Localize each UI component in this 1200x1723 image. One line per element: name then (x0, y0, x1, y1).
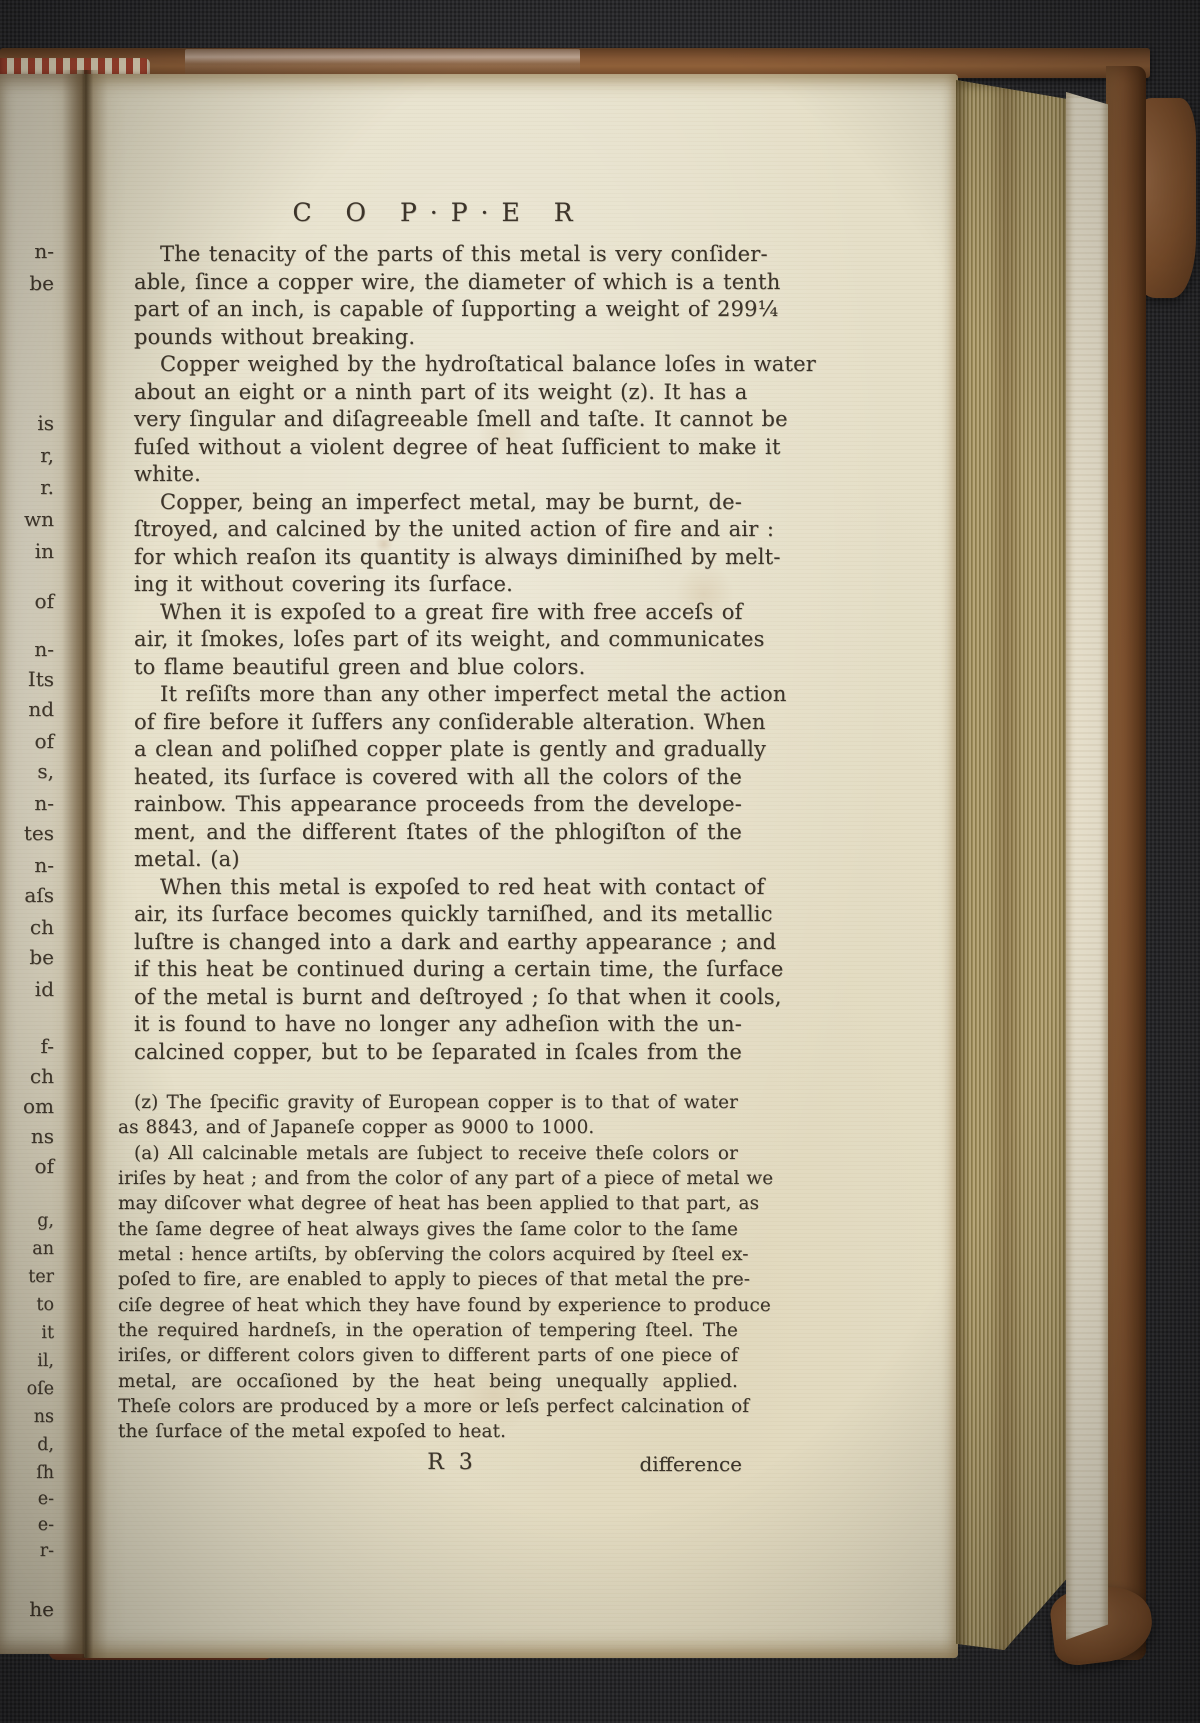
body-text-line: of fire before it ſuffers any conſiderab… (134, 709, 742, 737)
footnote-line: ciſe degree of heat which they have foun… (118, 1293, 738, 1318)
body-text-line: heated, its ſurface is covered with all … (134, 764, 742, 792)
body-text-line: The tenacity of the parts of this metal … (134, 241, 742, 269)
signature-mark: R 3 (392, 1450, 512, 1475)
body-text-line: part of an inch, is capable of ſupportin… (134, 296, 742, 324)
book-cover-right-edge (1106, 66, 1146, 1660)
body-text-line: When this metal is expoſed to red heat w… (134, 874, 742, 902)
footnote-line: iriſes by heat ; and from the color of a… (118, 1166, 738, 1191)
footnote-line: may diſcover what degree of heat has bee… (118, 1191, 738, 1216)
body-text-line: it is found to have no longer any adheſi… (134, 1011, 742, 1039)
body-text-line: ſtroyed, and calcined by the united acti… (134, 516, 742, 544)
body-text-line: air, it ſmokes, loſes part of its weight… (134, 626, 742, 654)
footnote-line: the required hardneſs, in the operation … (118, 1318, 738, 1343)
repair-tape (185, 49, 580, 76)
footnote-line: iriſes, or different colors given to dif… (118, 1343, 738, 1368)
footnote-line: metal, are occaſioned by the heat being … (118, 1369, 738, 1394)
body-text-line: It reſiſts more than any other imperfect… (134, 681, 742, 709)
body-text-line: When it is expoſed to a great fire with … (134, 599, 742, 627)
body-text-line: calcined copper, but to be ſeparated in … (134, 1039, 742, 1067)
footnote-line: metal : hence artiſts, by obſerving the … (118, 1242, 738, 1267)
body-text-line: white. (134, 461, 742, 489)
body-text-line: pounds without breaking. (134, 324, 742, 352)
body-text-line: ing it without covering its ſurface. (134, 571, 742, 599)
footnote-line: (a) All calcinable metals are ſubject to… (118, 1141, 738, 1166)
footnotes-text: (z) The ſpecific gravity of European cop… (118, 1090, 738, 1445)
footnote-line: the ſurface of the metal expoſed to heat… (118, 1419, 738, 1444)
body-text-line: about an eight or a ninth part of its we… (134, 379, 742, 407)
body-text-line: of the metal is burnt and deſtroyed ; ſo… (134, 984, 742, 1012)
body-text-line: luſtre is changed into a dark and earthy… (134, 929, 742, 957)
board-inner-edge (1066, 92, 1108, 1640)
footnote-line: Theſe colors are produced by a more or l… (118, 1394, 738, 1419)
body-text-line: metal. (a) (134, 846, 742, 874)
body-text-line: if this heat be continued during a certa… (134, 956, 742, 984)
body-text-line: able, ſince a copper wire, the diameter … (134, 269, 742, 297)
footnote-line: (z) The ſpecific gravity of European cop… (118, 1090, 738, 1115)
catchword: difference (639, 1452, 742, 1476)
body-text-line: air, its ſurface becomes quickly tarniſh… (134, 901, 742, 929)
fore-edge-page-stack (956, 80, 1066, 1650)
footnote-line: the ſame degree of heat always gives the… (118, 1217, 738, 1242)
signature-row: R 3 difference (134, 1450, 742, 1480)
body-text: The tenacity of the parts of this metal … (134, 241, 742, 1066)
body-text-line: fuſed without a violent degree of heat ſ… (134, 434, 742, 462)
book-photograph: C O P·P·E R The tenacity of the parts of… (0, 0, 1200, 1723)
body-text-line: ment, and the different ſtates of the ph… (134, 819, 742, 847)
page-title: C O P·P·E R (134, 198, 744, 227)
body-text-line: for which reaſon its quantity is always … (134, 544, 742, 572)
body-text-line: Copper, being an imperfect metal, may be… (134, 489, 742, 517)
body-text-line: Copper weighed by the hydroſtatical bala… (134, 351, 742, 379)
footnote-line: poſed to fire, are enabled to apply to p… (118, 1267, 738, 1292)
body-text-line: a clean and poliſhed copper plate is gen… (134, 736, 742, 764)
footnote-line: as 8843, and of Japaneſe copper as 9000 … (118, 1115, 738, 1140)
body-text-line: to flame beautiful green and blue colors… (134, 654, 742, 682)
body-text-line: very ſingular and diſagreeable ſmell and… (134, 406, 742, 434)
facing-page-sliver (0, 74, 86, 1654)
body-text-line: rainbow. This appearance proceeds from t… (134, 791, 742, 819)
